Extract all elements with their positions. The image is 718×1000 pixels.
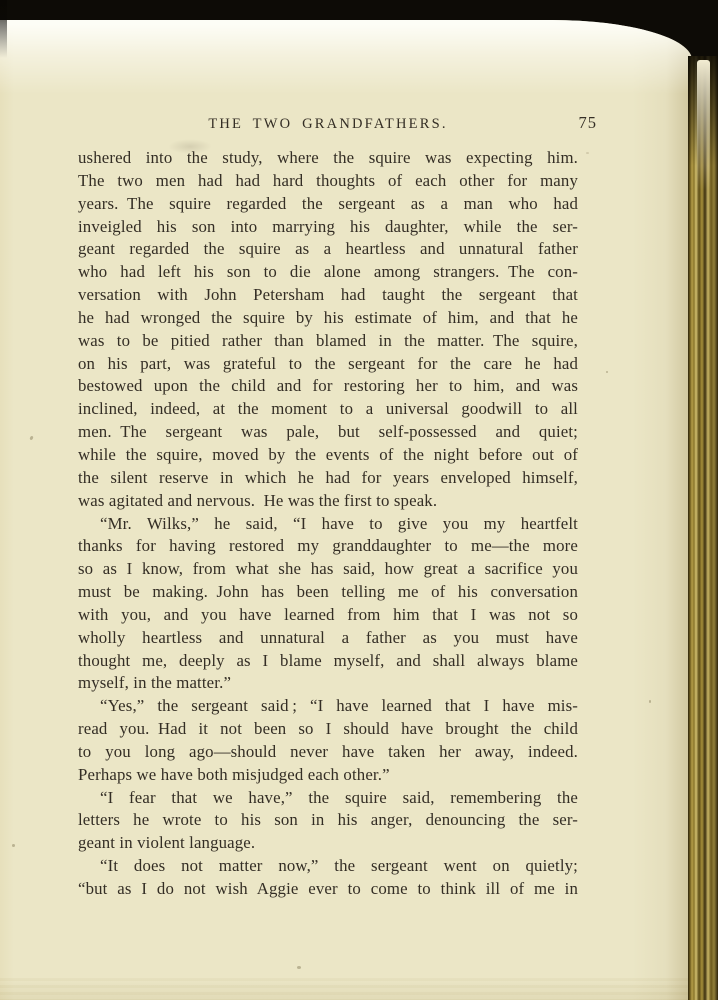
text-line: men. The sergeant was pale, but self-pos… bbox=[78, 421, 578, 444]
book-page: THE TWO GRANDFATHERS. 75 ushered into th… bbox=[0, 20, 692, 1000]
text-line: letters he wrote to his son in his anger… bbox=[78, 809, 578, 832]
text-line: so as I know, from what she has said, ho… bbox=[78, 558, 578, 581]
text-line: to you long ago—should never have taken … bbox=[78, 741, 578, 764]
page-edge-highlight bbox=[697, 60, 710, 190]
text-line: he had wronged the squire by his estimat… bbox=[78, 307, 578, 330]
text-line: years. The squire regarded the sergeant … bbox=[78, 193, 578, 216]
text-line: read you. Had it not been so I should ha… bbox=[78, 718, 578, 741]
text-line: inveigled his son into marrying his daug… bbox=[78, 216, 578, 239]
text-line: while the squire, moved by the events of… bbox=[78, 444, 578, 467]
text-line: thought me, deeply as I blame myself, an… bbox=[78, 650, 578, 673]
text-line: ushered into the study, where the squire… bbox=[78, 147, 578, 170]
text-line: bestowed upon the child and for restorin… bbox=[78, 375, 578, 398]
text-line: on his part, was grateful to the sergean… bbox=[78, 353, 578, 376]
text-line: “but as I do not wish Aggie ever to come… bbox=[78, 878, 578, 901]
text-line: the silent reserve in which he had for y… bbox=[78, 467, 578, 490]
text-line: geant regarded the squire as a heartless… bbox=[78, 238, 578, 261]
text-line: versation with John Petersham had taught… bbox=[78, 284, 578, 307]
running-header-title: THE TWO GRANDFATHERS. bbox=[78, 114, 578, 134]
text-line: was agitated and nervous. He was the fir… bbox=[78, 490, 578, 513]
text-line: who had left his son to die alone among … bbox=[78, 261, 578, 284]
page-number: 75 bbox=[579, 113, 598, 133]
running-header: THE TWO GRANDFATHERS. 75 bbox=[78, 114, 578, 140]
text-line: “I fear that we have,” the squire said, … bbox=[78, 787, 578, 810]
text-line: wholly heartless and unnatural a father … bbox=[78, 627, 578, 650]
text-line: “It does not matter now,” the sergeant w… bbox=[78, 855, 578, 878]
text-line: was to be pitied rather than blamed in t… bbox=[78, 330, 578, 353]
text-line: The two men had had hard thoughts of eac… bbox=[78, 170, 578, 193]
text-line: thanks for having restored my granddaugh… bbox=[78, 535, 578, 558]
page-body: ushered into the study, where the squire… bbox=[78, 147, 578, 901]
page-content: THE TWO GRANDFATHERS. 75 ushered into th… bbox=[78, 114, 578, 901]
text-line: must be making. John has been telling me… bbox=[78, 581, 578, 604]
text-line: inclined, indeed, at the moment to a uni… bbox=[78, 398, 578, 421]
text-line: with you, and you have learned from him … bbox=[78, 604, 578, 627]
text-line: myself, in the matter.” bbox=[78, 672, 578, 695]
scanned-book-photo: THE TWO GRANDFATHERS. 75 ushered into th… bbox=[0, 0, 718, 1000]
text-line: Perhaps we have both misjudged each othe… bbox=[78, 764, 578, 787]
text-line: geant in violent language. bbox=[78, 832, 578, 855]
text-line: “Yes,” the sergeant said ; “I have learn… bbox=[78, 695, 578, 718]
book-page-edges bbox=[688, 56, 718, 1000]
scan-corner-shadow bbox=[0, 0, 7, 58]
text-line: “Mr. Wilks,” he said, “I have to give yo… bbox=[78, 513, 578, 536]
